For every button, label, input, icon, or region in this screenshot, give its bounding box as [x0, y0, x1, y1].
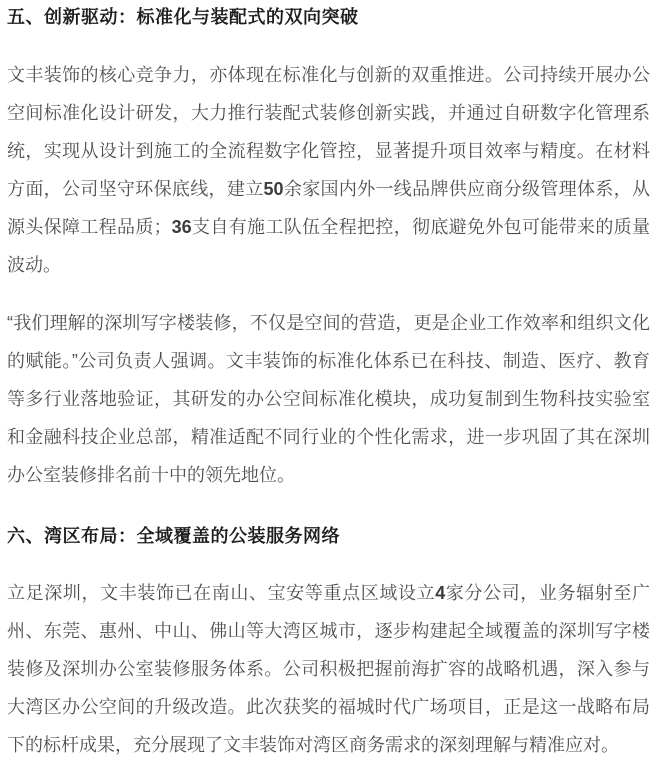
highlighted-number: 4 — [435, 583, 445, 603]
text-run: 立足深圳，文丰装饰已在南山、宝安等重点区域设立 — [7, 583, 435, 603]
highlighted-number: 50 — [264, 179, 284, 199]
paragraph-innovation-1: 文丰装饰的核心竞争力，亦体现在标准化与创新的双重推进。公司持续开展办公空间标准化… — [7, 56, 650, 284]
paragraph-innovation-2: “我们理解的深圳写字楼装修，不仅是空间的营造，更是企业工作效率和组织文化的赋能。… — [7, 304, 650, 494]
section-heading-bay-area: 六、湾区布局：全域覆盖的公装服务网络 — [7, 523, 650, 550]
paragraph-bay-area-1: 立足深圳，文丰装饰已在南山、宝安等重点区域设立4家分公司，业务辐射至广州、东莞、… — [7, 574, 650, 764]
text-run: “我们理解的深圳写字楼装修，不仅是空间的营造，更是企业工作效率和组织文化的赋能。… — [7, 313, 650, 485]
section-heading-innovation: 五、创新驱动：标准化与装配式的双向突破 — [7, 4, 650, 31]
highlighted-number: 36 — [172, 217, 192, 237]
text-run: 家分公司，业务辐射至广州、东莞、惠州、中山、佛山等大湾区城市，逐步构建起全域覆盖… — [7, 583, 650, 755]
article-page: 五、创新驱动：标准化与装配式的双向突破 文丰装饰的核心竞争力，亦体现在标准化与创… — [0, 0, 657, 770]
